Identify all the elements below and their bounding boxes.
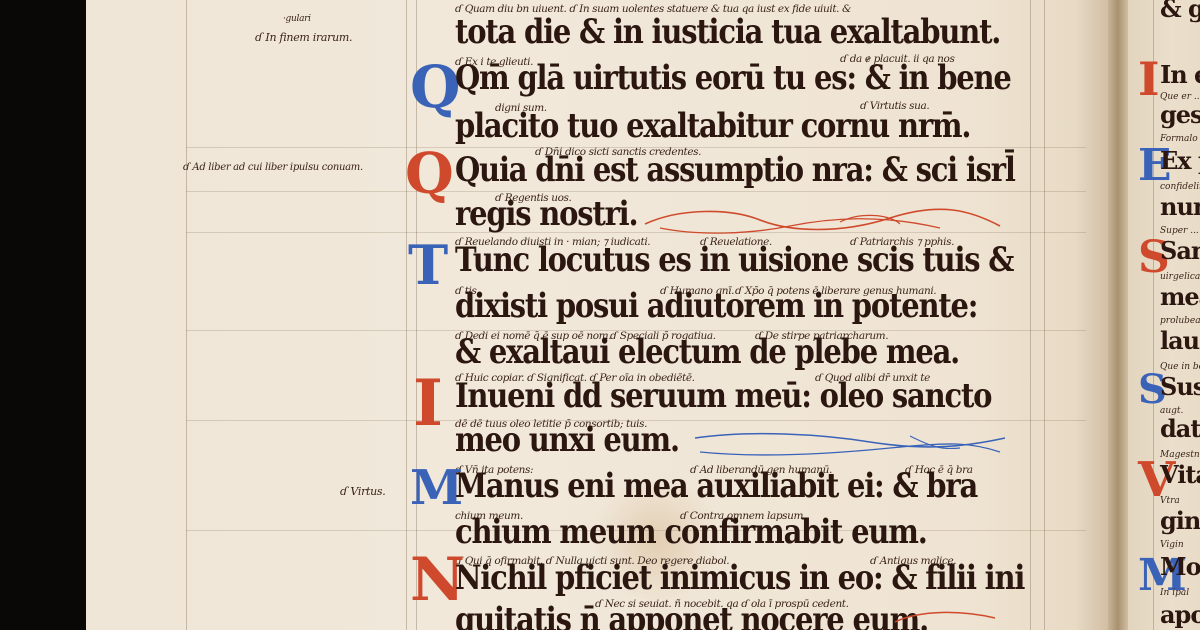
- manuscript-line-fragment: num: [1160, 192, 1200, 221]
- initial-q-red: Q: [405, 146, 454, 202]
- manuscript-line: Nichil pficiet inimicus in eo: & filii i…: [455, 559, 1024, 596]
- manuscript-line: meo unxi eum.: [455, 421, 679, 458]
- manuscript-line: Inueni dd seruum meū: oleo sancto: [455, 377, 991, 414]
- interlinear-gloss-fragment: In ipal: [1160, 588, 1189, 598]
- manuscript-line-fragment: data: [1160, 414, 1200, 443]
- interlinear-gloss-fragment: confidelit...: [1160, 182, 1200, 192]
- manuscript-line: chium meum confirmabit eum.: [455, 513, 927, 550]
- interlinear-gloss-fragment: prolubea: [1160, 316, 1200, 326]
- blue-line-filler-flourish: [690, 428, 1010, 462]
- manuscript-line-fragment: Ex pon: [1160, 146, 1200, 175]
- initial-t-blue: T: [408, 238, 448, 292]
- manuscript-line-fragment: & gem: [1160, 0, 1200, 23]
- manuscript-line-fragment: In ehu: [1160, 60, 1200, 89]
- manuscript-line-fragment: mean: [1160, 282, 1200, 311]
- ruling-line: [1044, 0, 1045, 630]
- manuscript-line: & exaltaui electum de plebe mea.: [455, 333, 959, 370]
- manuscript-line: placito tuo exaltabitur cornu nrm̄.: [455, 107, 970, 144]
- manuscript-line: tota die & in iusticia tua exaltabunt.: [455, 13, 1000, 50]
- right-manuscript-page: & gem I In ehu Que er ... gesta Formalo …: [1128, 0, 1200, 630]
- margin-note: ɗ In finem irarum.: [255, 31, 352, 44]
- manuscript-line-fragment: apo: [1160, 600, 1200, 629]
- manuscript-line: Manus eni mea auxiliabit ei: & bra: [455, 467, 977, 504]
- manuscript-line: regis nostri.: [455, 195, 637, 232]
- interlinear-gloss-fragment: Vigin: [1160, 540, 1184, 550]
- manuscript-line-fragment: gesta: [1160, 100, 1200, 129]
- initial-i-red: I: [1138, 52, 1160, 106]
- ruling-line: [1030, 0, 1031, 630]
- manuscript-line: Quia dn̄i est assumptio nra: & sci isrl̄: [455, 151, 1015, 188]
- ruling-line: [406, 0, 407, 630]
- initial-i-red: I: [413, 372, 443, 436]
- interlinear-gloss-fragment: uirgelica.: [1160, 272, 1200, 282]
- manuscript-line-fragment: lauer: [1160, 326, 1200, 355]
- manuscript-line: quitatis n̄ apponet nocere eum.: [455, 601, 928, 630]
- ruling-line: [186, 0, 187, 630]
- ruling-line: [186, 191, 1086, 192]
- book-gutter: [1108, 0, 1130, 630]
- margin-note: ɗ Virtus.: [340, 485, 385, 498]
- margin-note: ·gulari: [283, 14, 311, 24]
- initial-q-blue: Q: [410, 58, 461, 116]
- manuscript-line-fragment: gin: [1160, 506, 1200, 535]
- red-line-filler-flourish: [640, 206, 1005, 240]
- manuscript-line-fragment: Sanc: [1160, 236, 1200, 265]
- margin-note: ɗ Ad liber ad cui liber ipulsu conuam.: [183, 162, 363, 173]
- manuscript-line-fragment: Mode: [1160, 552, 1200, 581]
- manuscript-line: Tunc locutus es in uisione scis tuis &: [455, 241, 1013, 278]
- manuscript-line: dixisti posui adiutorem in potente:: [455, 287, 977, 324]
- red-line-filler-flourish: [890, 608, 1000, 630]
- manuscript-line-fragment: Vitat: [1160, 460, 1200, 489]
- scan-background: [0, 0, 86, 630]
- interlinear-gloss-fragment: Vtra: [1160, 496, 1180, 506]
- manuscript-line-fragment: Sust: [1160, 372, 1200, 401]
- manuscript-line: Qm̄ glā uirtutis eorū tu es: & in bene: [455, 59, 1011, 96]
